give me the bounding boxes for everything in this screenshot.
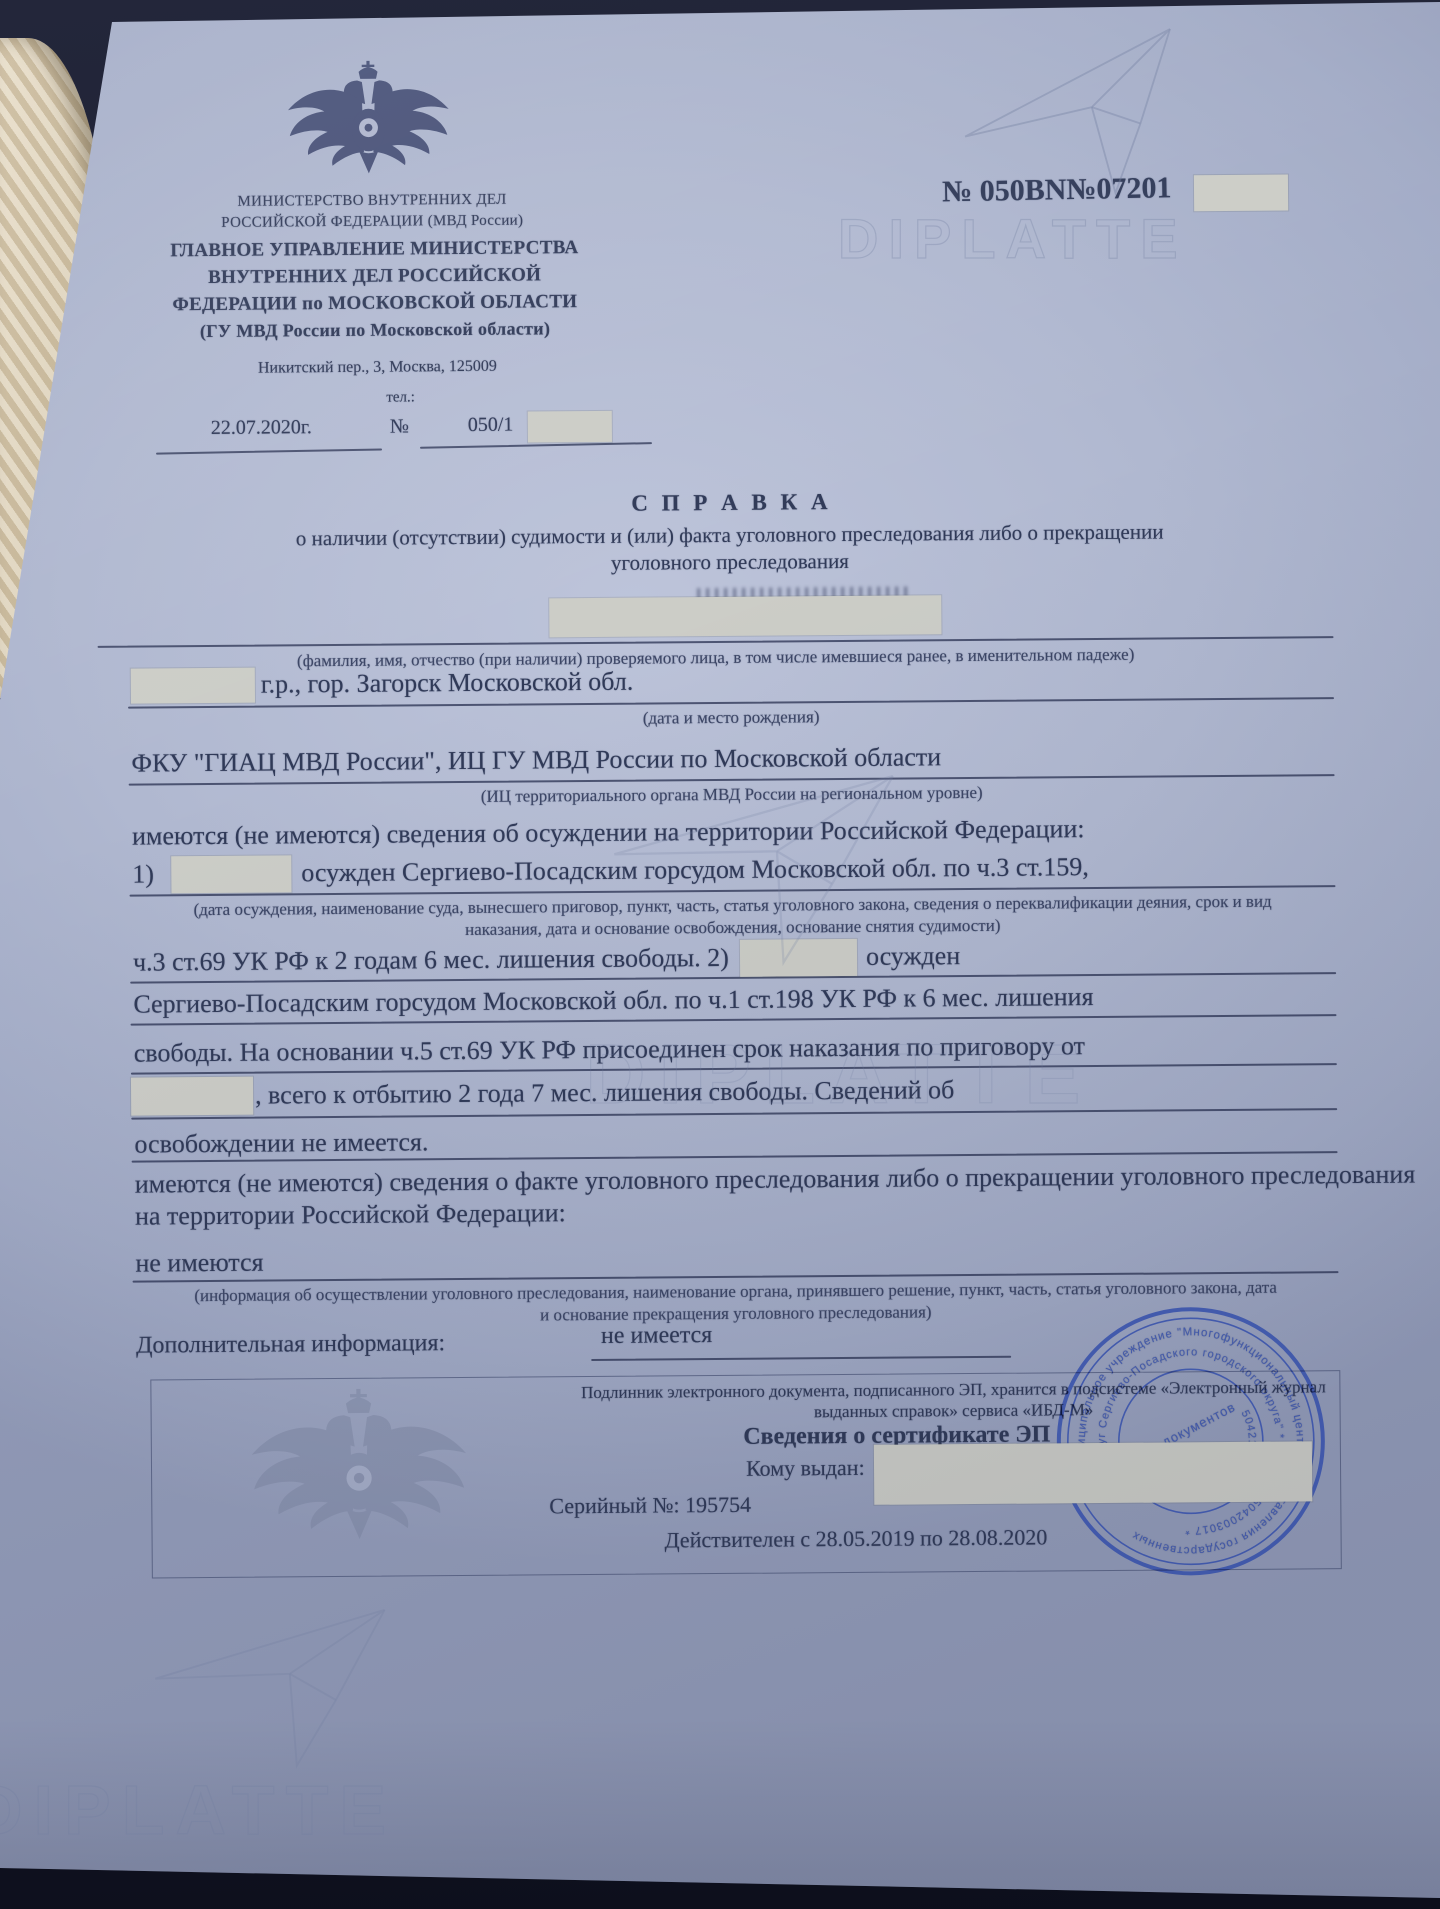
redaction-box-cert-owner (874, 1441, 1312, 1504)
prosecution-value: не имеются (135, 1248, 263, 1279)
additional-info-label: Дополнительная информация: (136, 1330, 445, 1359)
department-line-3: ФЕДЕРАЦИИ по МОСКОВСКОЙ ОБЛАСТИ (172, 291, 577, 316)
cert-serial-value: 195754 (685, 1492, 751, 1518)
mfc-round-stamp: Муниципальное учреждение "Многофункциона… (1020, 1270, 1362, 1612)
redaction-box-verdict-date (131, 1077, 253, 1116)
diplatte-watermark-bottom: DIPLATTE (0, 1770, 397, 1850)
diplatte-watermark-middle: DIPLATTE (585, 1026, 1093, 1123)
birth-caption: (дата и место рождения) (643, 707, 820, 728)
certificate-subtitle-1: о наличии (отсутствии) судимости и (или)… (296, 520, 1164, 552)
conviction-line6-underline (132, 1151, 1338, 1162)
redaction-box-document-number (1194, 175, 1288, 212)
prosecution-caption-2: и основание прекращения уголовного пресл… (540, 1302, 932, 1325)
additional-info-value: не имеется (601, 1322, 713, 1350)
reg-number-underline (420, 442, 652, 449)
birth-underline (128, 697, 1334, 708)
certificate-subtitle-2: уголовного преследования (611, 549, 849, 576)
conviction-line3-underline (131, 1014, 1337, 1025)
svg-text:Муниципальное учреждение "Мног: Муниципальное учреждение "Многофункциона… (1049, 1300, 1332, 1583)
cert-heading: Сведения о сертификате ЭП (743, 1421, 1050, 1450)
address-line: Никитский пер., 3, Москва, 125009 (258, 358, 497, 378)
cert-original-line-2: выданных справок» сервиса «ИБД-М» (814, 1400, 1094, 1422)
cert-issued-label: Кому выдан: (746, 1455, 865, 1482)
department-line-1: ГЛАВНОЕ УПРАВЛЕНИЕ МИНИСТЕРСТВА (170, 237, 578, 262)
stamp-outer-ring-text: Муниципальное учреждение "Многофункциона… (1049, 1300, 1332, 1583)
certificate-paper: DIPLATTE DIPLATTE DIPLATTE (0, 0, 1440, 1909)
department-line-4: (ГУ МВД России по Московской области) (200, 318, 550, 342)
certificate-title: С П Р А В К А (631, 489, 831, 517)
redaction-box-reg-number (528, 411, 612, 443)
additional-info-underline (591, 1356, 1011, 1361)
redaction-box-convict-1 (171, 855, 291, 893)
ministry-line-2: РОССИЙСКОЙ ФЕДЕРАЦИИ (МВД России) (221, 213, 523, 232)
conviction-line6: освобождении не имеется. (134, 1127, 428, 1159)
prosecution-intro-1: имеются (не имеются) сведения о факте уг… (135, 1160, 1416, 1200)
cert-validity: Действителен с 28.05.2019 по 28.08.2020 (664, 1524, 1047, 1553)
document-photo: DIPLATTE DIPLATTE DIPLATTE (0, 0, 1440, 1909)
conviction-line3: Сергиево-Посадским горсудом Московской о… (133, 982, 1093, 1020)
paper-plane-watermark-top (939, 16, 1206, 220)
mvd-eagle-watermark-icon (208, 1388, 509, 1558)
name-caption: (фамилия, имя, отчество (при наличии) пр… (297, 645, 1135, 672)
prosecution-caption-1: (информация об осуществлении уголовного … (194, 1278, 1277, 1307)
paper-plane-watermark-middle (591, 742, 910, 978)
issue-date: 22.07.2020г. (211, 416, 312, 440)
blurred-name-artifact (697, 586, 912, 599)
stamp-center-text: для документов (1133, 1399, 1238, 1463)
name-underline (98, 636, 1334, 648)
date-underline (156, 448, 382, 454)
redaction-box-name (549, 595, 941, 637)
svg-text:5042133548: 5042133548 (1216, 1408, 1270, 1487)
diplatte-watermark-top: DIPLATTE (838, 206, 1188, 271)
ministry-line-1: МИНИСТЕРСТВО ВНУТРЕННИХ ДЕЛ (237, 192, 506, 211)
prosecution-intro-2: на территории Российской Федерации: (135, 1198, 566, 1231)
cert-serial-label: Серийный №: (549, 1492, 679, 1518)
prosecution-underline (133, 1271, 1339, 1282)
cert-original-line-1: Подлинник электронного документа, подпис… (581, 1377, 1326, 1403)
mvd-eagle-emblem-icon (275, 60, 462, 187)
paper-plane-watermark-bottom (144, 1586, 393, 1776)
svg-text:услуг Сергиево-Посадского горо: услуг Сергиево-Посадского городского окр… (1074, 1324, 1308, 1558)
redaction-box-birthdate (131, 668, 255, 704)
phone-label: тел.: (386, 389, 415, 406)
conviction-line2-underline (130, 972, 1336, 983)
stamp-inn-text: 5042133548 (1216, 1408, 1270, 1487)
reg-number: 050/1 (468, 414, 514, 437)
birth-value: г.р., гор. Загорск Московской обл. (261, 667, 634, 700)
conviction-line1-prefix: 1) (132, 859, 154, 889)
signature-certificate-box (150, 1370, 1342, 1578)
cert-serial-row: Серийный №: 195754 (549, 1492, 751, 1520)
department-line-2: ВНУТРЕННИХ ДЕЛ РОССИЙСКОЙ (208, 264, 541, 289)
stamp-mid-ring-text: услуг Сергиево-Посадского городского окр… (1074, 1324, 1308, 1558)
number-sign: № (390, 415, 409, 438)
